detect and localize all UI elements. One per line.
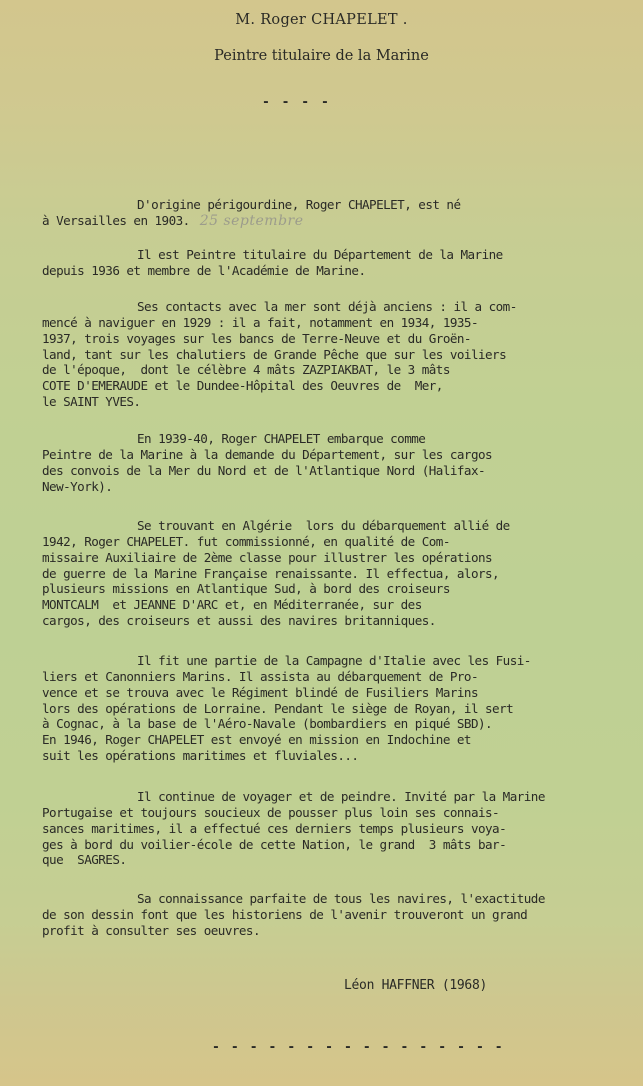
paragraph-line: Sa connaissance parfaite de tous les nav… — [42, 891, 598, 907]
paragraph-line: des convois de la Mer du Nord et de l'At… — [42, 463, 598, 479]
paragraph-line: Il fit une partie de la Campagne d'Itali… — [42, 653, 598, 669]
paragraph-line: En 1939-40, Roger CHAPELET embarque comm… — [42, 431, 598, 447]
paragraph-line: 1937, trois voyages sur les bancs de Ter… — [42, 331, 598, 347]
paragraph-line: Peintre de la Marine à la demande du Dép… — [42, 447, 598, 463]
document-subtitle: Peintre titulaire de la Marine — [0, 48, 643, 64]
paragraph-line: Se trouvant en Algérie lors du débarquem… — [42, 518, 598, 534]
paragraph-line: de l'époque, dont le célèbre 4 mâts ZAZP… — [42, 362, 598, 378]
paragraph-line: sances maritimes, il a effectué ces dern… — [42, 821, 598, 837]
paragraph-line: de son dessin font que les historiens de… — [42, 907, 598, 923]
paragraph-line: 1942, Roger CHAPELET. fut commissionné, … — [42, 534, 598, 550]
paragraph-line: missaire Auxiliaire de 2ème classe pour … — [42, 550, 598, 566]
paragraph-line: Il est Peintre titulaire du Département … — [42, 247, 598, 263]
paragraph-line: Portugaise et toujours soucieux de pouss… — [42, 805, 598, 821]
paragraph-line: En 1946, Roger CHAPELET est envoyé en mi… — [42, 732, 598, 748]
paragraph-line: ges à bord du voilier-école de cette Nat… — [42, 837, 598, 853]
paragraph-line: à Cognac, à la base de l'Aéro-Navale (bo… — [42, 716, 598, 732]
separator-top: - - - - — [262, 95, 331, 110]
paragraph-line: de guerre de la Marine Française renaiss… — [42, 566, 598, 582]
paragraph-line: MONTCALM et JEANNE D'ARC et, en Méditerr… — [42, 597, 598, 613]
paragraph-line: plusieurs missions en Atlantique Sud, à … — [42, 581, 598, 597]
paragraph-line: lors des opérations de Lorraine. Pendant… — [42, 701, 598, 717]
paragraph-line: D'origine périgourdine, Roger CHAPELET, … — [42, 197, 598, 213]
paragraph-line: COTE D'EMERAUDE et le Dundee-Hôpital des… — [42, 378, 598, 394]
paragraph-line: land, tant sur les chalutiers de Grande … — [42, 347, 598, 363]
separator-bottom: - - - - - - - - - - - - - - - - — [212, 1040, 504, 1055]
paragraph-line: profit à consulter ses oeuvres. — [42, 923, 598, 939]
paragraph-line: liers et Canonniers Marins. Il assista a… — [42, 669, 598, 685]
document-title: M. Roger CHAPELET . — [0, 12, 643, 28]
paragraph-line: Il continue de voyager et de peindre. In… — [42, 789, 598, 805]
paragraph-conclusion: Sa connaissance parfaite de tous les nav… — [42, 860, 598, 970]
document-page: M. Roger CHAPELET . Peintre titulaire de… — [0, 0, 643, 1086]
paragraph-line: Ses contacts avec la mer sont déjà ancie… — [42, 299, 598, 315]
paragraph-line: mencé à naviguer en 1929 : il a fait, no… — [42, 315, 598, 331]
signature: Léon HAFFNER (1968) — [344, 978, 487, 993]
paragraph-line: vence et se trouva avec le Régiment blin… — [42, 685, 598, 701]
